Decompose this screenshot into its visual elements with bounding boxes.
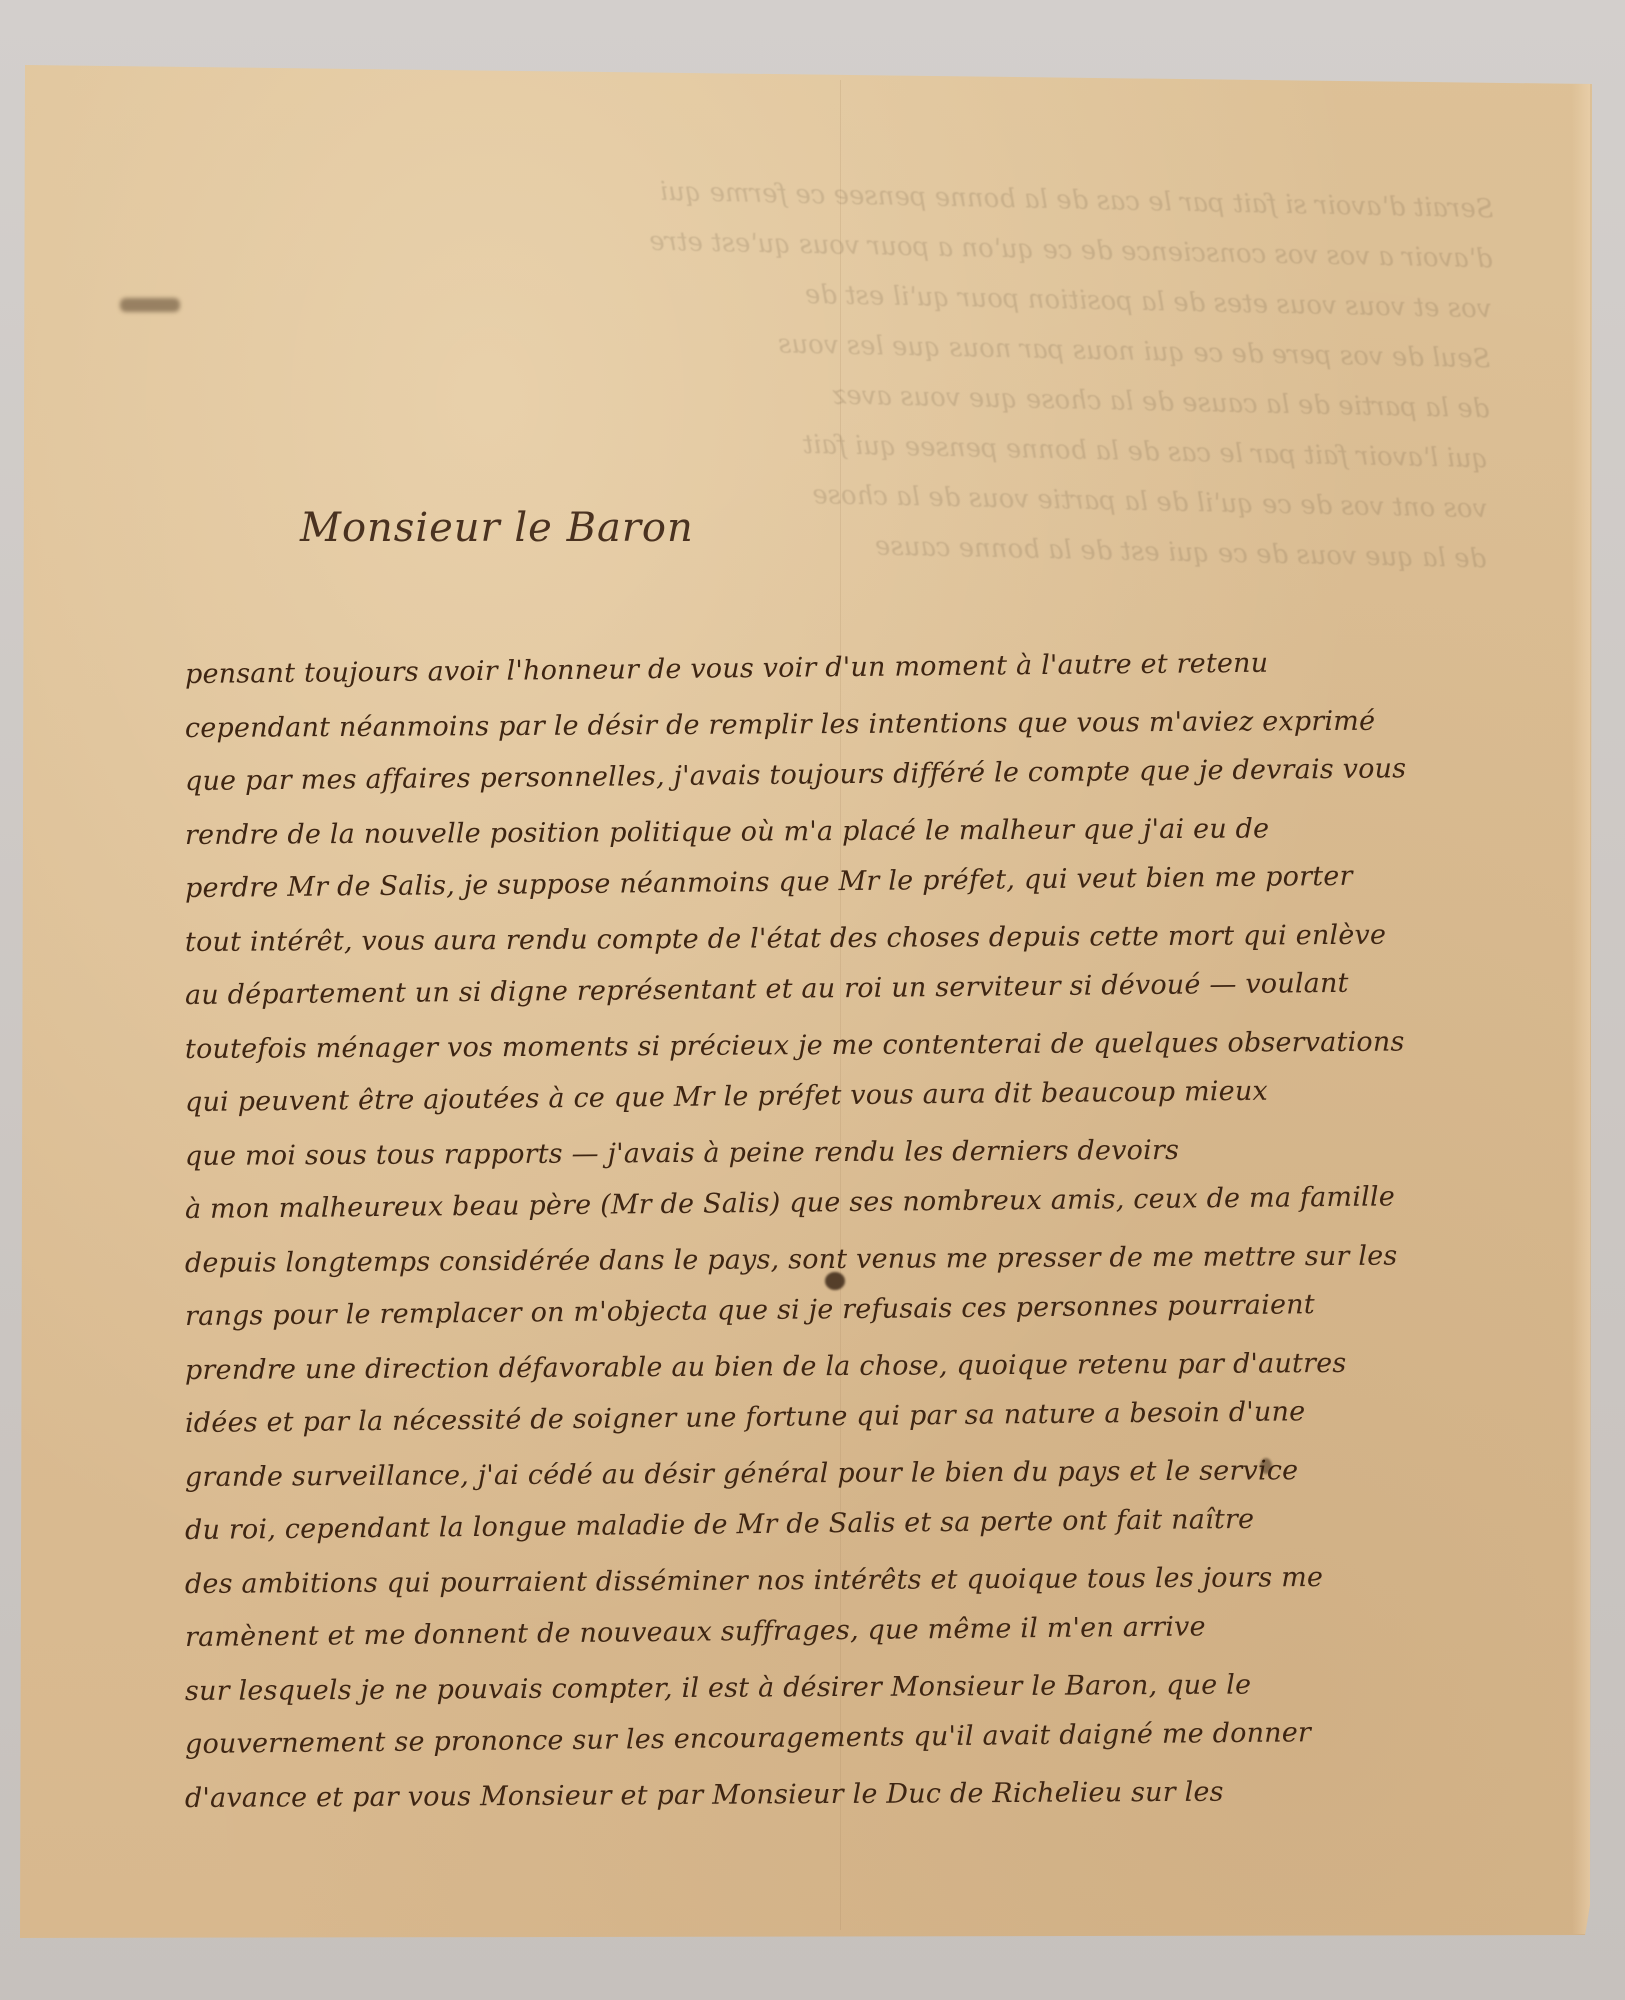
ink-smudge	[120, 298, 180, 312]
ink-blot	[1260, 1458, 1272, 1474]
salutation: Monsieur le Baron	[300, 505, 694, 551]
letter-body: pensant toujours avoir l'honneur de vous…	[185, 648, 1575, 1825]
letter-paper: Serait d'avoir si fait par le cas de la …	[0, 0, 1625, 2000]
letter-line: pensant toujours avoir l'honneur de vous…	[185, 633, 1575, 701]
letter-line: d'avance et par vous Monsieur et par Mon…	[185, 1763, 1575, 1825]
ink-blot	[825, 1272, 845, 1290]
